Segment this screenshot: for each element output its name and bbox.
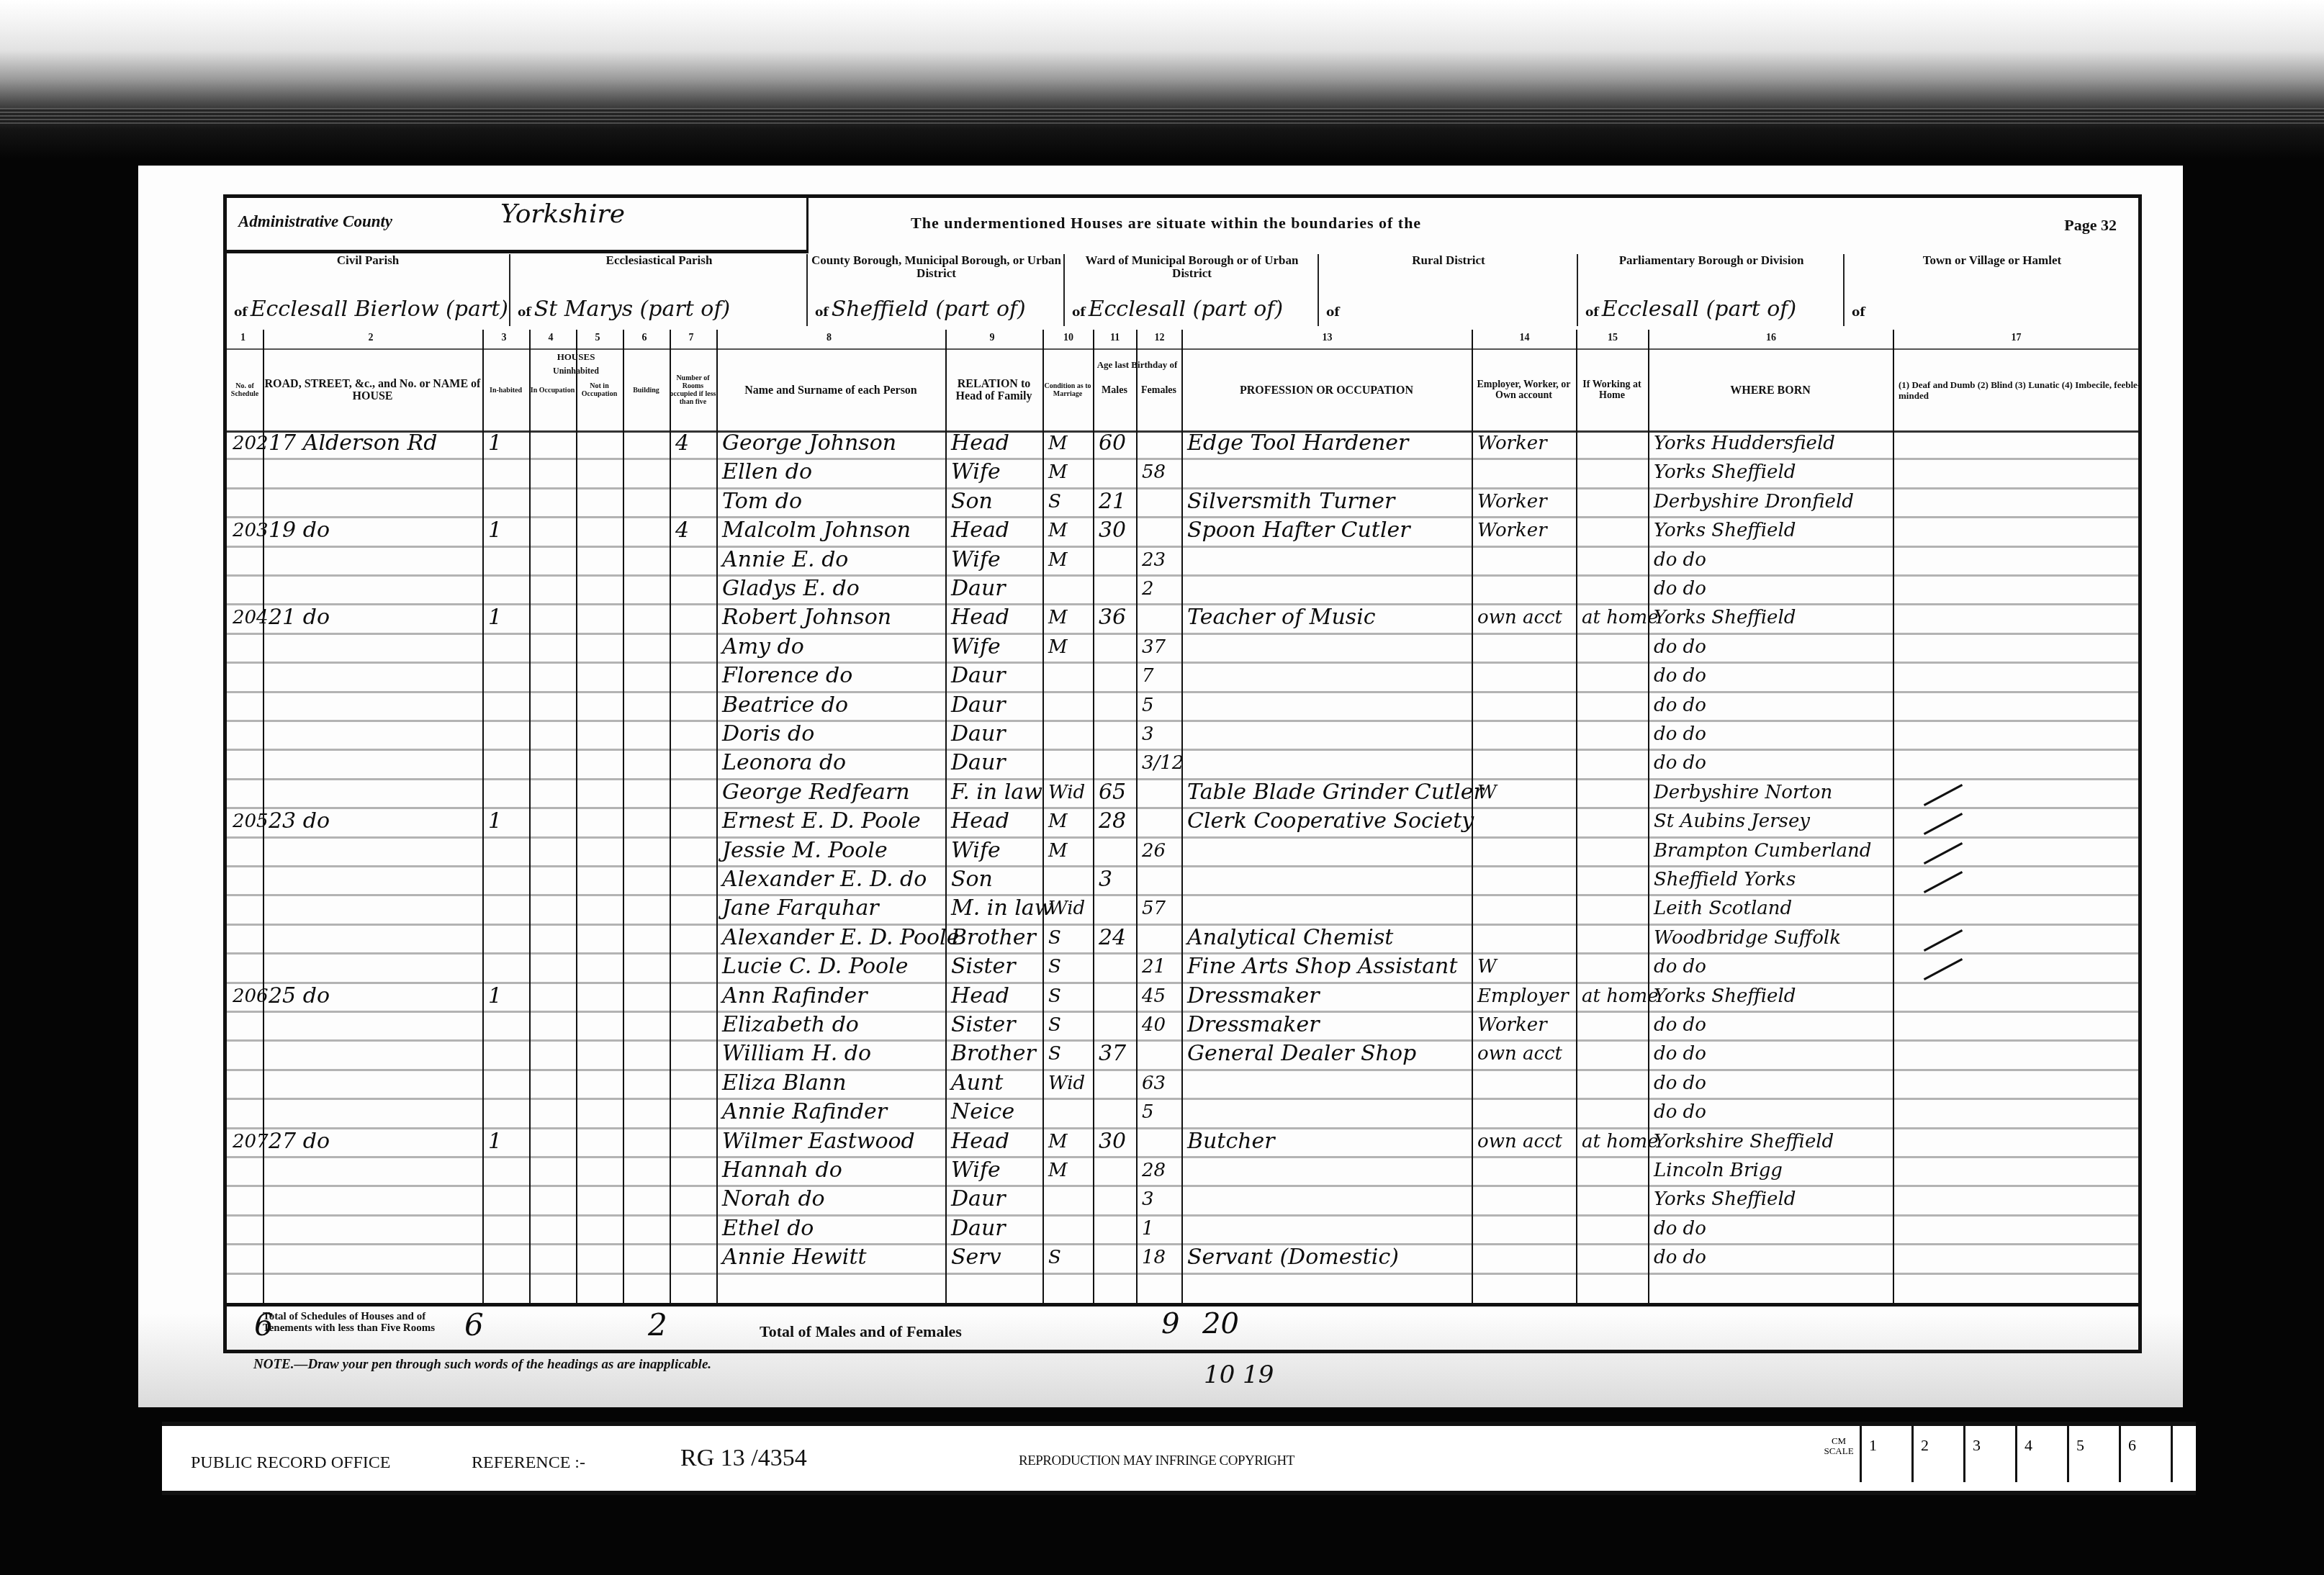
- scale-mark: 4: [2015, 1426, 2067, 1482]
- of-prefix: of: [234, 305, 248, 320]
- total-males-females-label: Total of Males and of Females: [760, 1322, 962, 1341]
- boundary-label: Rural District: [1319, 254, 1578, 267]
- total-rooms: 2: [648, 1314, 667, 1337]
- of-prefix: of: [1072, 305, 1086, 320]
- boundary-value: of: [1852, 297, 1868, 322]
- boundary-3: County Borough, Municipal Borough, or Ur…: [806, 254, 1065, 326]
- boundary-label: Civil Parish: [227, 254, 509, 267]
- infirmity-dash-mark: [1924, 813, 1963, 835]
- boundary-label: Town or Village or Hamlet: [1845, 254, 2140, 267]
- totals-row: 6 Total of Schedules of Houses and of Te…: [227, 1303, 2138, 1354]
- infirmity-dash-mark: [1924, 784, 1963, 806]
- census-sheet: Administrative County Yorkshire The unde…: [138, 166, 2183, 1407]
- column-divider: [1576, 330, 1649, 1303]
- census-form: Administrative County Yorkshire The unde…: [223, 194, 2142, 1353]
- scale-mark: 5: [2067, 1426, 2119, 1482]
- infirmity-dash-mark: [1924, 871, 1963, 893]
- boundary-2: Ecclesiastical ParishofSt Marys (part of…: [509, 254, 808, 326]
- infirmity-dash-mark: [1924, 958, 1963, 980]
- boundary-label: Ward of Municipal Borough or of Urban Di…: [1065, 254, 1319, 280]
- reference-number: RG 13 /4354: [680, 1445, 807, 1472]
- boundary-value: of: [1326, 297, 1343, 322]
- boundary-value: ofSheffield (part of): [815, 297, 1026, 322]
- boundary-4: Ward of Municipal Borough or of Urban Di…: [1063, 254, 1319, 326]
- column-divider: [670, 330, 718, 1303]
- of-prefix: of: [518, 305, 531, 320]
- scanner-glare: [0, 0, 2324, 173]
- administrative-county-value: Yorkshire: [500, 199, 625, 229]
- scale-mark: 1: [1860, 1426, 1911, 1482]
- scale-mark: 6: [2119, 1426, 2171, 1482]
- column-divider: [1093, 330, 1138, 1303]
- page-number: Page 32: [2064, 216, 2117, 235]
- census-table: 1234567891011121314151617 No. of Schedul…: [227, 330, 2138, 1303]
- record-office: PUBLIC RECORD OFFICE: [191, 1453, 390, 1473]
- infirmity-dash-mark: [1924, 929, 1963, 952]
- of-prefix: of: [815, 305, 829, 320]
- of-prefix: of: [1326, 305, 1340, 320]
- archive-reference-strip: PUBLIC RECORD OFFICE REFERENCE :- RG 13 …: [162, 1422, 2196, 1495]
- administrative-county-box: Administrative County Yorkshire: [227, 198, 809, 253]
- boundary-value: ofSt Marys (part of): [518, 297, 730, 322]
- scale-mark-end: [2171, 1426, 2214, 1482]
- column-number: 17: [2012, 333, 2022, 344]
- cm-scale: CM SCALE 123456: [1818, 1426, 2214, 1482]
- footnote: NOTE.—Draw your pen through such words o…: [253, 1357, 711, 1373]
- infirmity-dash-mark: [1924, 842, 1963, 865]
- column-divider: [482, 330, 531, 1303]
- column-divider: [1042, 330, 1094, 1303]
- column-divider: [716, 330, 947, 1303]
- of-prefix: of: [1585, 305, 1599, 320]
- column-divider: [263, 330, 484, 1303]
- copyright-notice: REPRODUCTION MAY INFRINGE COPYRIGHT: [1019, 1453, 1294, 1469]
- total-inhabited: 6: [464, 1314, 484, 1337]
- boundary-7: Town or Village or Hamletof: [1843, 254, 2140, 326]
- scanner-artifact-lines: [0, 108, 2324, 125]
- administrative-county-label: Administrative County: [238, 212, 392, 231]
- boundary-value: ofEcclesall (part of): [1072, 297, 1283, 322]
- column-divider: [576, 330, 624, 1303]
- grand-total: 10 19: [1204, 1360, 1274, 1389]
- column-divider: [227, 330, 264, 1303]
- total-males: 9: [1161, 1312, 1179, 1335]
- column-header-infirmity: (1) Deaf and Dumb (2) Blind (3) Lunatic …: [1893, 350, 2144, 430]
- column-divider: [1136, 330, 1183, 1303]
- boundary-5: Rural Districtof: [1318, 254, 1578, 326]
- boundary-label: County Borough, Municipal Borough, or Ur…: [808, 254, 1065, 280]
- column-divider: [1648, 330, 1894, 1303]
- column-divider: [1181, 330, 1473, 1303]
- scale-label: CM SCALE: [1818, 1426, 1860, 1482]
- column-divider: [1472, 330, 1577, 1303]
- column-divider: [529, 330, 577, 1303]
- of-prefix: of: [1852, 305, 1865, 320]
- boundary-label: Ecclesiastical Parish: [510, 254, 808, 267]
- boundary-1: Civil ParishofEcclesall Bierlow (part): [227, 254, 509, 326]
- column-divider: [623, 330, 671, 1303]
- boundaries-heading: The undermentioned Houses are situate wi…: [911, 214, 1421, 233]
- total-schedules-label: Total of Schedules of Houses and of Tene…: [263, 1311, 436, 1334]
- total-females: 20: [1202, 1312, 1239, 1335]
- boundary-value: ofEcclesall Bierlow (part): [234, 297, 508, 322]
- column-divider: [945, 330, 1044, 1303]
- boundary-value: ofEcclesall (part of): [1585, 297, 1796, 322]
- scale-mark: 2: [1911, 1426, 1963, 1482]
- reference-label: REFERENCE :-: [472, 1453, 585, 1473]
- scale-mark: 3: [1963, 1426, 2015, 1482]
- boundary-label: Parliamentary Borough or Division: [1578, 254, 1845, 267]
- boundary-6: Parliamentary Borough or DivisionofEccle…: [1577, 254, 1845, 326]
